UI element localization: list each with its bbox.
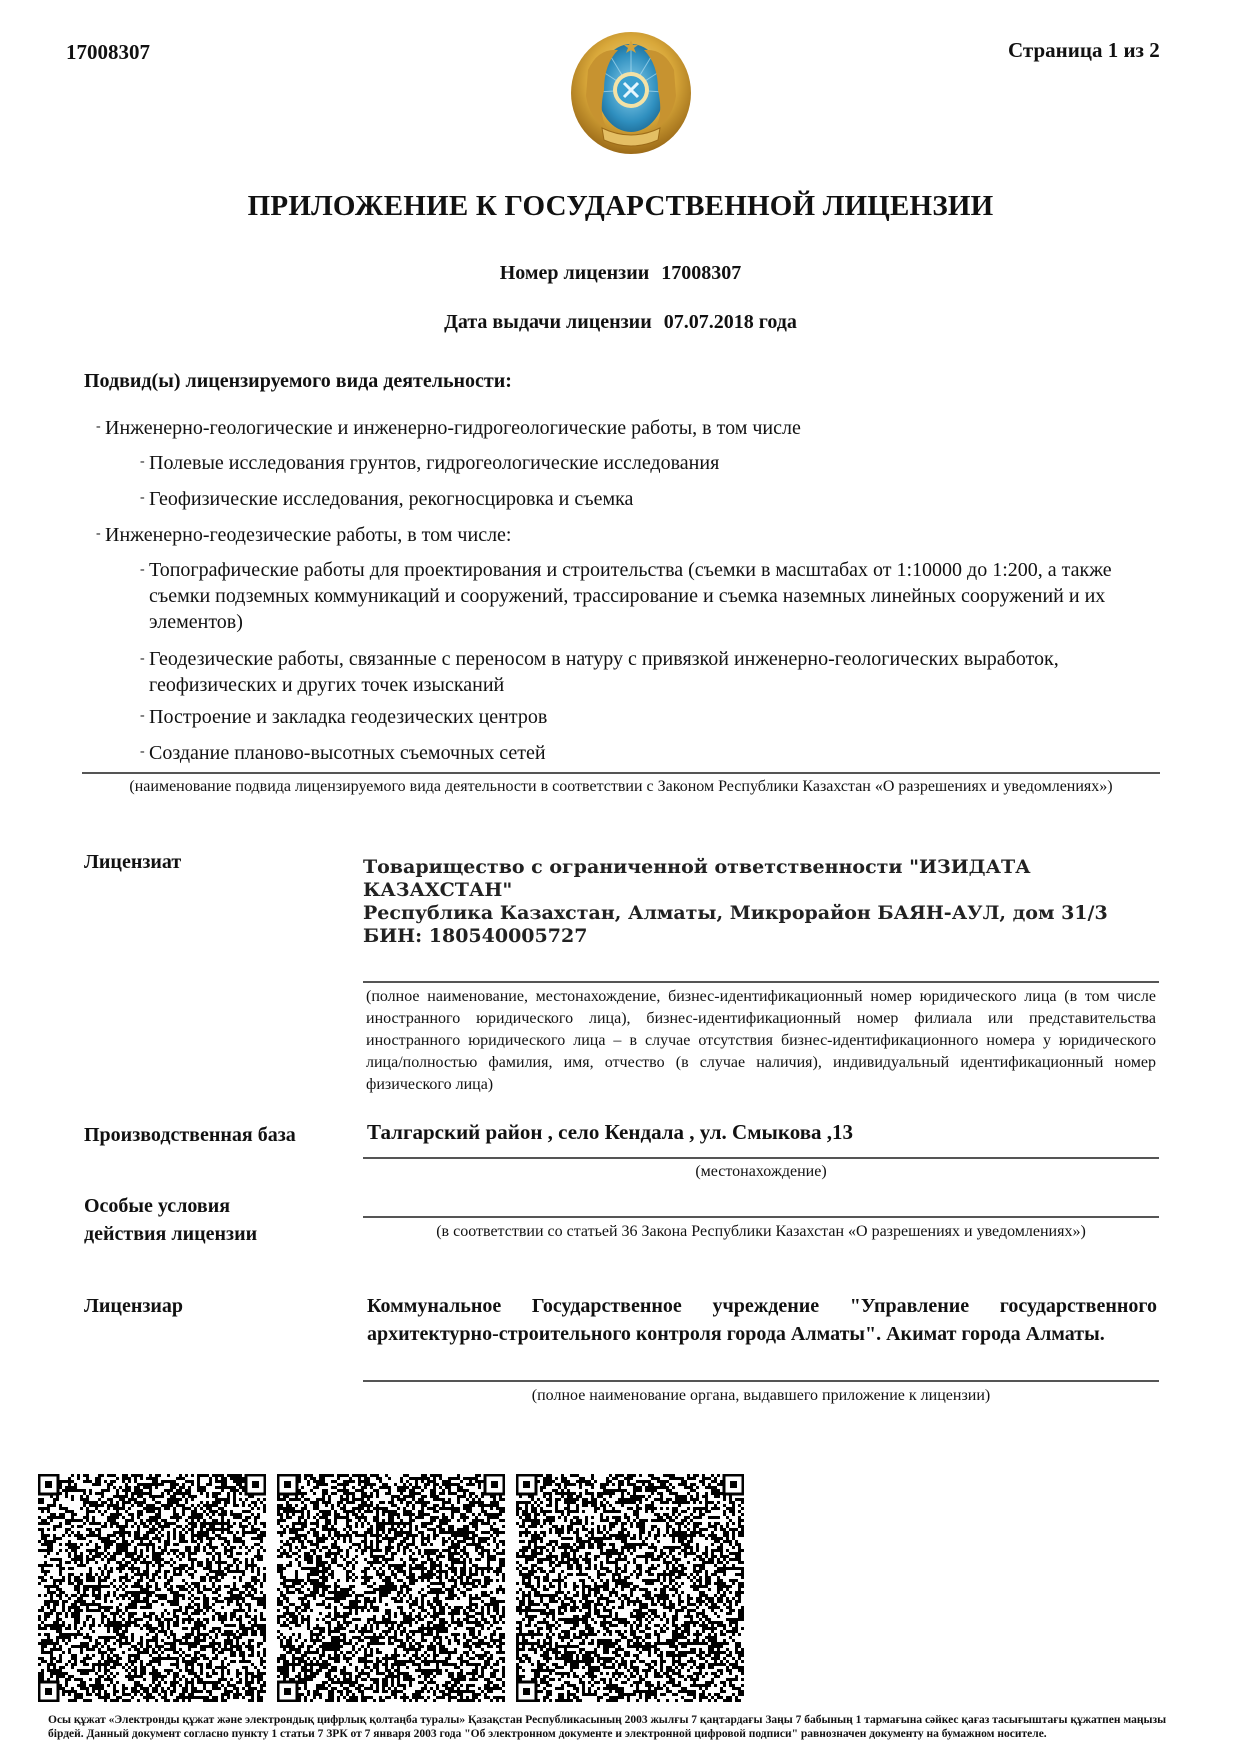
- dash-bullet-icon: -: [140, 646, 149, 672]
- state-emblem-icon: [568, 30, 694, 156]
- document-number: 17008307: [66, 40, 150, 65]
- licensee-bin: БИН: 180540005727: [363, 925, 1163, 948]
- production-base-value: Талгарский район , село Кендала , ул. См…: [367, 1120, 853, 1145]
- subtypes-heading: Подвид(ы) лицензируемого вида деятельнос…: [84, 370, 512, 393]
- licensee-caption: (полное наименование, местонахождение, б…: [366, 986, 1156, 1096]
- production-base-label: Производственная база: [84, 1121, 296, 1149]
- licensee-details: Товарищество с ограниченной ответственно…: [363, 856, 1163, 948]
- subtype-item: -Полевые исследования грунтов, гидрогеол…: [140, 449, 1160, 476]
- license-number-label: Номер лицензии: [500, 262, 650, 284]
- subtype-item: -Инженерно-геологические и инженерно-гид…: [96, 414, 1156, 441]
- licensee-address: Республика Казахстан, Алматы, Микрорайон…: [363, 902, 1163, 925]
- license-number-row: Номер лицензии17008307: [0, 262, 1241, 285]
- licensor-value: Коммунальное Государственное учреждение …: [367, 1292, 1157, 1348]
- dash-bullet-icon: -: [140, 485, 149, 511]
- dash-bullet-icon: -: [96, 414, 105, 440]
- subtype-item: -Топографические работы для проектирован…: [140, 557, 1160, 635]
- special-conditions-label: Особые условия действия лицензии: [84, 1192, 257, 1248]
- special-conditions-underline: [363, 1216, 1159, 1218]
- licensee-label: Лицензиат: [84, 848, 181, 876]
- dash-bullet-icon: -: [96, 521, 105, 547]
- licensor-label: Лицензиар: [84, 1292, 183, 1320]
- licensee-name: Товарищество с ограниченной ответственно…: [363, 856, 1163, 902]
- subtype-item: -Создание планово-высотных съемочных сет…: [140, 739, 1160, 766]
- dash-bullet-icon: -: [140, 449, 149, 475]
- subtype-item: -Построение и закладка геодезических цен…: [140, 703, 1160, 730]
- subtype-item: -Геофизические исследования, рекогносцир…: [140, 485, 1160, 512]
- issue-date-value: 07.07.2018 года: [664, 311, 797, 333]
- subtypes-caption: (наименование подвида лицензируемого вид…: [82, 776, 1160, 797]
- qr-code-1: [38, 1474, 266, 1702]
- page-indicator: Страница 1 из 2: [1008, 38, 1160, 63]
- dash-bullet-icon: -: [140, 557, 149, 583]
- issue-date-row: Дата выдачи лицензии07.07.2018 года: [0, 311, 1241, 334]
- dash-bullet-icon: -: [140, 703, 149, 729]
- licensor-caption: (полное наименование органа, выдавшего п…: [363, 1385, 1159, 1406]
- subtype-item: -Геодезические работы, связанные с перен…: [140, 646, 1160, 698]
- licensor-underline: [363, 1380, 1159, 1382]
- production-base-underline: [363, 1157, 1159, 1159]
- subtypes-underline: [82, 772, 1160, 774]
- license-number-value: 17008307: [661, 262, 741, 284]
- subtype-item: -Инженерно-геодезические работы, в том ч…: [96, 521, 1156, 548]
- footer-legal-note: Осы құжат «Электронды құжат және электро…: [48, 1713, 1198, 1741]
- licensee-underline: [363, 981, 1159, 983]
- qr-code-3: [516, 1474, 744, 1702]
- dash-bullet-icon: -: [140, 739, 149, 765]
- issue-date-label: Дата выдачи лицензии: [444, 311, 652, 333]
- qr-code-2: [277, 1474, 505, 1702]
- special-conditions-caption: (в соответствии со статьей 36 Закона Рес…: [363, 1221, 1159, 1242]
- production-base-caption: (местонахождение): [363, 1161, 1159, 1182]
- page-title: ПРИЛОЖЕНИЕ К ГОСУДАРСТВЕННОЙ ЛИЦЕНЗИИ: [0, 190, 1241, 223]
